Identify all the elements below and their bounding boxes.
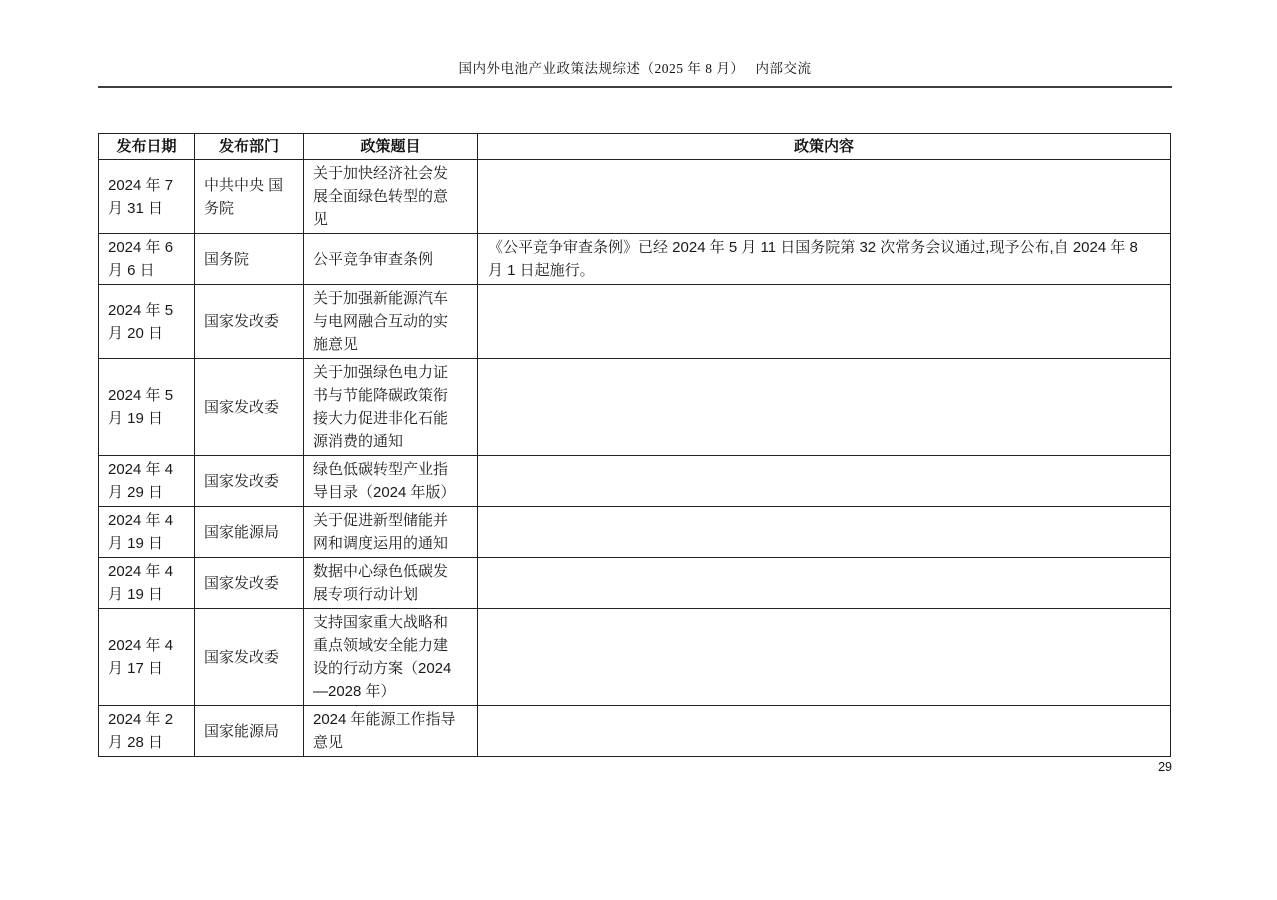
- table-row: 2024 年 5 月 20 日 国家发改委 关于加强新能源汽车与电网融合互动的实…: [99, 285, 1171, 359]
- policy-table: 发布日期 发布部门 政策题目 政策内容 2024 年 7 月 31 日 中共中央…: [98, 133, 1171, 757]
- table-row: 2024 年 2 月 28 日 国家能源局 2024 年能源工作指导意见: [99, 706, 1171, 757]
- cell-date: 2024 年 4 月 29 日: [99, 456, 195, 507]
- col-header-date: 发布日期: [99, 134, 195, 160]
- cell-content: [478, 706, 1171, 757]
- cell-title: 绿色低碳转型产业指导目录（2024 年版）: [304, 456, 478, 507]
- cell-title: 关于加快经济社会发展全面绿色转型的意见: [304, 160, 478, 234]
- table-row: 2024 年 4 月 19 日 国家能源局 关于促进新型储能并网和调度运用的通知: [99, 507, 1171, 558]
- cell-date: 2024 年 7 月 31 日: [99, 160, 195, 234]
- cell-date: 2024 年 2 月 28 日: [99, 706, 195, 757]
- table-row: 2024 年 4 月 19 日 国家发改委 数据中心绿色低碳发展专项行动计划: [99, 558, 1171, 609]
- cell-title: 公平竞争审查条例: [304, 234, 478, 285]
- cell-title: 支持国家重大战略和重点领域安全能力建设的行动方案（2024—2028 年）: [304, 609, 478, 706]
- cell-date: 2024 年 6 月 6 日: [99, 234, 195, 285]
- cell-date: 2024 年 4 月 19 日: [99, 507, 195, 558]
- document-page: 国内外电池产业政策法规综述（2025 年 8 月） 内部交流 发布日期 发布部门…: [0, 0, 1277, 900]
- table-row: 2024 年 5 月 19 日 国家发改委 关于加强绿色电力证书与节能降碳政策衔…: [99, 359, 1171, 456]
- cell-dept: 国家能源局: [195, 706, 304, 757]
- cell-dept: 国家发改委: [195, 609, 304, 706]
- cell-content: [478, 609, 1171, 706]
- cell-content: [478, 456, 1171, 507]
- table-header-row: 发布日期 发布部门 政策题目 政策内容: [99, 134, 1171, 160]
- cell-dept: 国家发改委: [195, 285, 304, 359]
- cell-date: 2024 年 5 月 19 日: [99, 359, 195, 456]
- cell-date: 2024 年 5 月 20 日: [99, 285, 195, 359]
- cell-date: 2024 年 4 月 19 日: [99, 558, 195, 609]
- cell-content: [478, 507, 1171, 558]
- table-row: 2024 年 7 月 31 日 中共中央 国务院 关于加快经济社会发展全面绿色转…: [99, 160, 1171, 234]
- cell-title: 关于加强新能源汽车与电网融合互动的实施意见: [304, 285, 478, 359]
- page-header: 国内外电池产业政策法规综述（2025 年 8 月） 内部交流: [98, 0, 1172, 88]
- cell-content: [478, 558, 1171, 609]
- cell-title: 数据中心绿色低碳发展专项行动计划: [304, 558, 478, 609]
- cell-dept: 国家发改委: [195, 359, 304, 456]
- table-row: 2024 年 4 月 29 日 国家发改委 绿色低碳转型产业指导目录（2024 …: [99, 456, 1171, 507]
- cell-dept: 国家发改委: [195, 456, 304, 507]
- cell-title: 2024 年能源工作指导意见: [304, 706, 478, 757]
- cell-content: [478, 160, 1171, 234]
- table-row: 2024 年 6 月 6 日 国务院 公平竞争审查条例 《公平竞争审查条例》已经…: [99, 234, 1171, 285]
- page-header-title: 国内外电池产业政策法规综述（2025 年 8 月） 内部交流: [459, 57, 812, 77]
- cell-content: [478, 359, 1171, 456]
- cell-title: 关于促进新型储能并网和调度运用的通知: [304, 507, 478, 558]
- page-number: 29: [98, 760, 1172, 774]
- cell-dept: 国务院: [195, 234, 304, 285]
- cell-content: [478, 285, 1171, 359]
- col-header-title: 政策题目: [304, 134, 478, 160]
- col-header-content: 政策内容: [478, 134, 1171, 160]
- table-row: 2024 年 4 月 17 日 国家发改委 支持国家重大战略和重点领域安全能力建…: [99, 609, 1171, 706]
- cell-dept: 中共中央 国务院: [195, 160, 304, 234]
- cell-content: 《公平竞争审查条例》已经 2024 年 5 月 11 日国务院第 32 次常务会…: [478, 234, 1171, 285]
- cell-dept: 国家发改委: [195, 558, 304, 609]
- cell-date: 2024 年 4 月 17 日: [99, 609, 195, 706]
- col-header-dept: 发布部门: [195, 134, 304, 160]
- cell-dept: 国家能源局: [195, 507, 304, 558]
- cell-title: 关于加强绿色电力证书与节能降碳政策衔接大力促进非化石能源消费的通知: [304, 359, 478, 456]
